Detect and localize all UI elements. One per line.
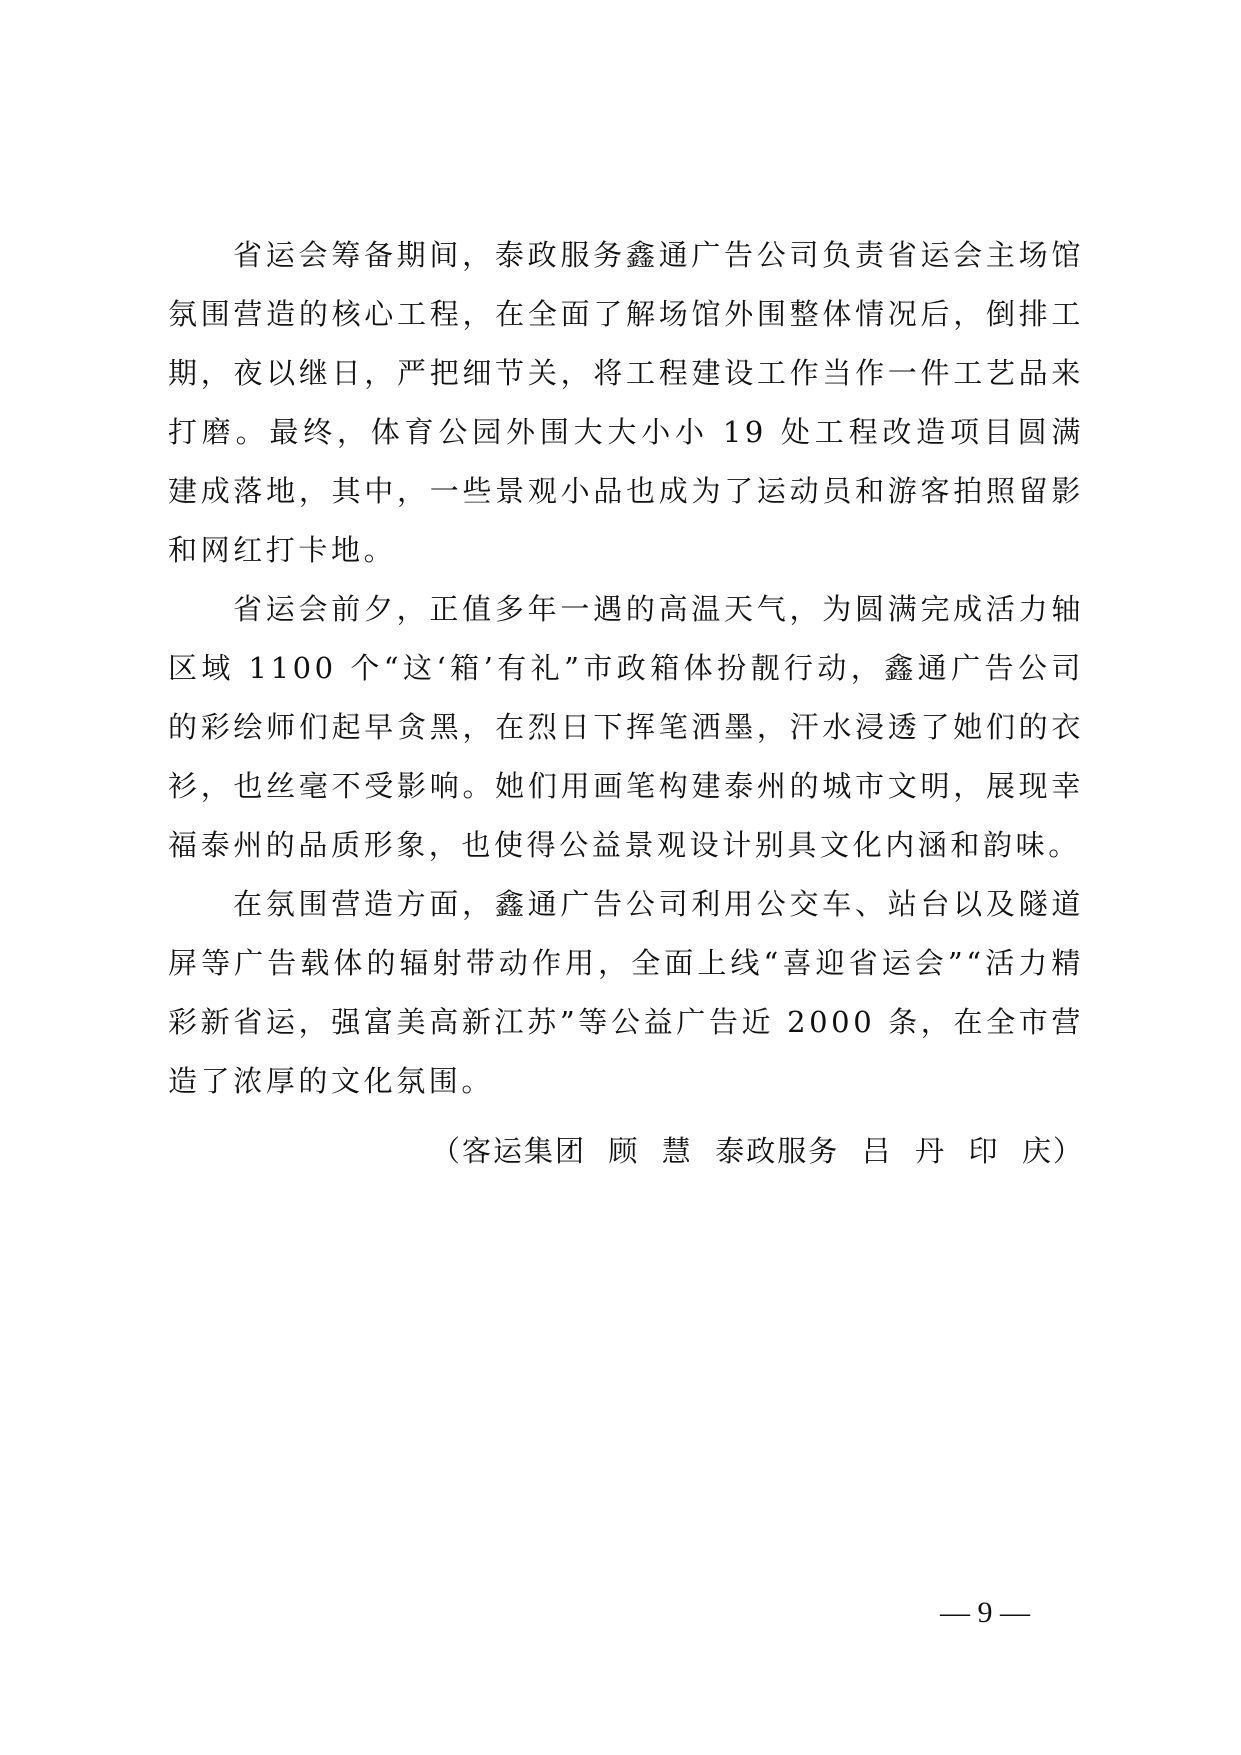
paragraph-venue-project: 省运会筹备期间，泰政服务鑫通广告公司负责省运会主场馆氛围营造的核心工程，在全面了… <box>168 226 1084 580</box>
article-body: 省运会筹备期间，泰政服务鑫通广告公司负责省运会主场馆氛围营造的核心工程，在全面了… <box>168 226 1084 1111</box>
paragraph-atmosphere: 在氛围营造方面，鑫通广告公司利用公交车、站台以及隧道屏等广告载体的辐射带动作用，… <box>168 875 1084 1111</box>
page-number: — 9 — <box>940 1596 1030 1630</box>
document-page: 省运会筹备期间，泰政服务鑫通广告公司负责省运会主场馆氛围营造的核心工程，在全面了… <box>0 0 1241 1755</box>
author-signature: （客运集团 顾 慧 泰政服务 吕 丹 印 庆） <box>431 1122 1084 1181</box>
paragraph-painting-action: 省运会前夕，正值多年一遇的高温天气，为圆满完成活力轴区域 1100 个“这‘箱’… <box>168 580 1084 875</box>
